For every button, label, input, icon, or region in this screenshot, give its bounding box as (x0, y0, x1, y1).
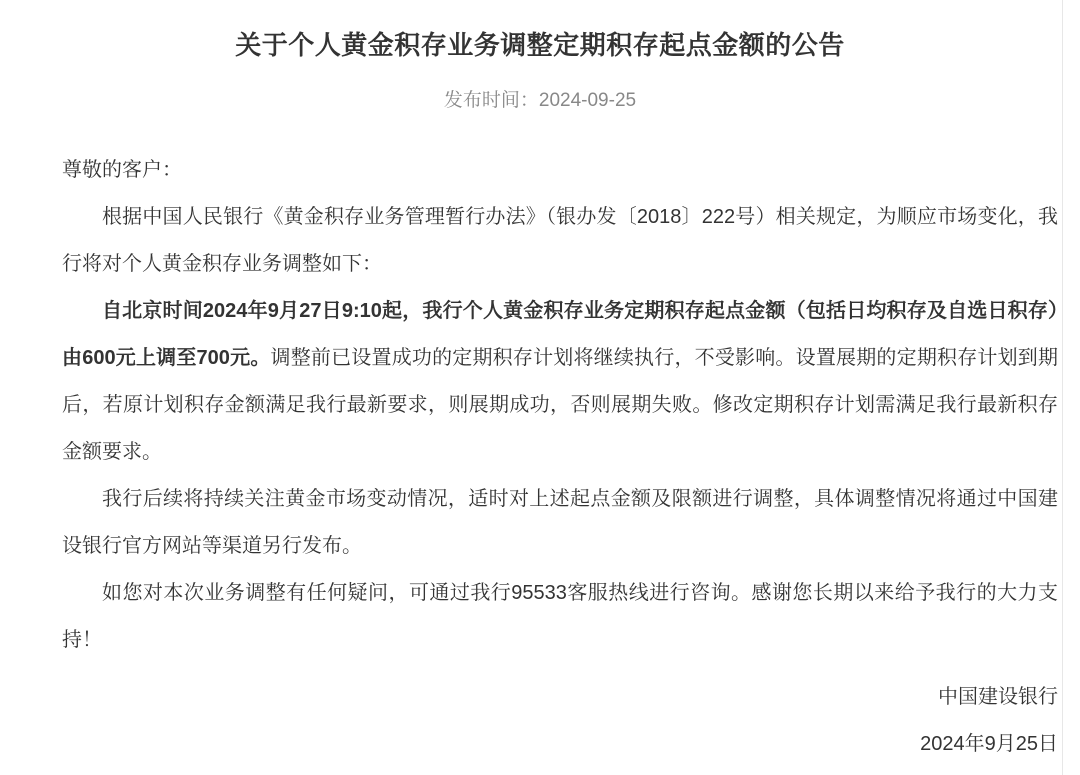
announcement-body: 尊敬的客户： 根据中国人民银行《黄金积存业务管理暂行办法》（银办发〔2018〕2… (62, 147, 1058, 664)
signature-date: 2024年9月25日 (62, 721, 1058, 768)
signature-bank: 中国建设银行 (62, 674, 1058, 721)
publish-time: 发布时间：2024-09-25 (0, 88, 1080, 114)
right-edge-divider (1062, 0, 1063, 775)
paragraph-followup: 我行后续将持续关注黄金市场变动情况，适时对上述起点金额及限额进行调整，具体调整情… (62, 476, 1058, 570)
salutation: 尊敬的客户： (62, 147, 1058, 194)
signature-block: 中国建设银行 2024年9月25日 (62, 674, 1058, 768)
announcement-page: 关于个人黄金积存业务调整定期积存起点金额的公告 发布时间：2024-09-25 … (0, 0, 1080, 775)
paragraph-contact: 如您对本次业务调整有任何疑问，可通过我行95533客服热线进行咨询。感谢您长期以… (62, 570, 1058, 664)
page-title: 关于个人黄金积存业务调整定期积存起点金额的公告 (0, 0, 1080, 62)
paragraph-adjustment: 自北京时间2024年9月27日9:10起，我行个人黄金积存业务定期积存起点金额（… (62, 288, 1058, 476)
paragraph-regulation: 根据中国人民银行《黄金积存业务管理暂行办法》（银办发〔2018〕222号）相关规… (62, 194, 1058, 288)
